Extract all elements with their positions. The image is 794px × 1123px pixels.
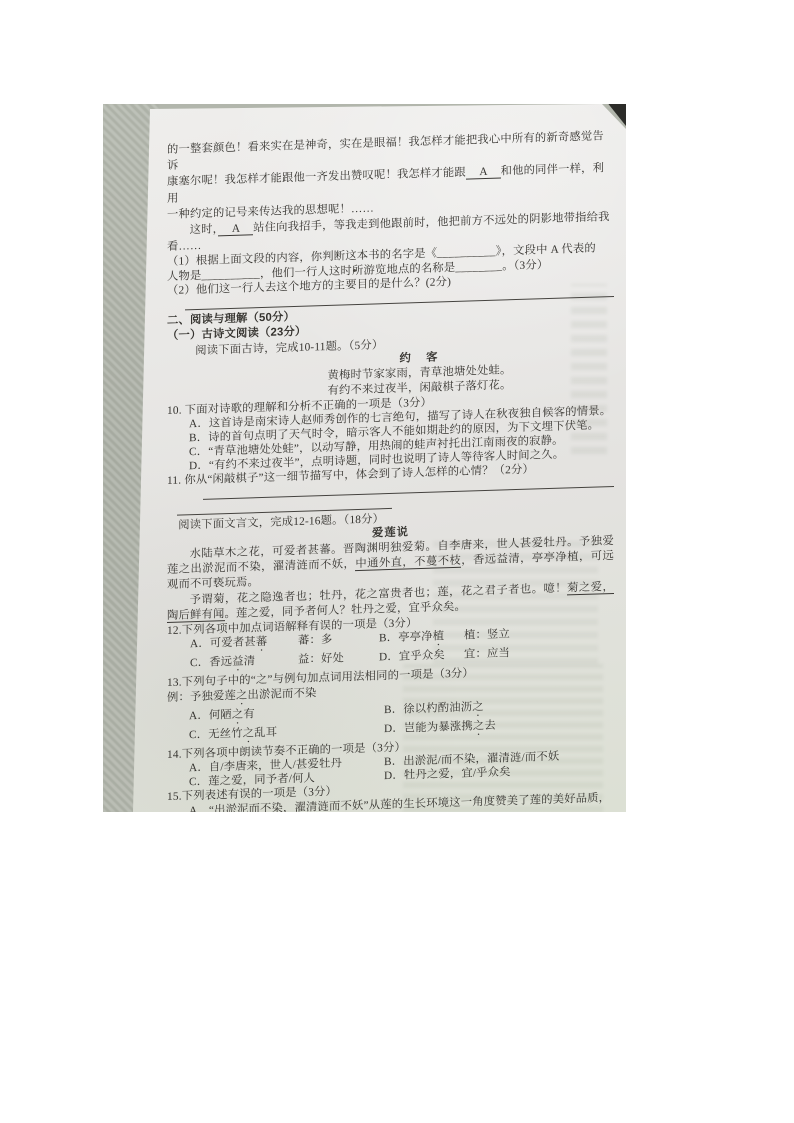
dotted-char: 植: [433, 631, 445, 643]
option-text: 有: [243, 708, 255, 720]
paper-sheet: 的一整套颜色！看来实在是神奇，实在是眼福！我怎样才能把我心中所有的新奇感觉告诉 …: [103, 104, 626, 812]
excerpt-text: 看……: [167, 240, 202, 253]
dotted-char: 之: [243, 727, 255, 739]
fill-blank-A: A: [218, 222, 253, 236]
exam-paper-photo: 的一整套颜色！看来实在是神奇，实在是眼福！我怎样才能把我心中所有的新奇感觉告诉 …: [103, 104, 626, 812]
underlined-phrase: 中通外直，不蔓不枝: [355, 555, 461, 571]
example-text: 出淤泥而不染: [247, 687, 316, 701]
excerpt-text: 这时，: [190, 223, 219, 236]
dotted-char: 蕃: [256, 636, 268, 648]
option-c-gloss: 益：好处: [298, 651, 379, 673]
option-text: B．徐以杓酌油沥: [384, 701, 472, 716]
option-text: C．无丝竹: [189, 728, 243, 742]
option-text: C．香远: [190, 656, 232, 669]
option-text: D．宜: [379, 651, 410, 664]
example-text: 例：予独爱莲: [167, 690, 236, 704]
option-text: 清: [244, 656, 256, 668]
dotted-char: 之: [473, 720, 485, 732]
dotted-char: 之: [232, 709, 244, 721]
option-text: D．岂能为暴涨携: [384, 720, 473, 735]
fill-blank-A: A: [466, 166, 501, 180]
option-text: A．何陋: [189, 709, 232, 722]
option-a-gloss: 蕃：多: [298, 632, 379, 654]
option-text: B．亭亭净: [379, 631, 433, 645]
option-text: 乎众矣: [410, 650, 445, 663]
option-text: 去: [484, 720, 496, 732]
page-content: 的一整套颜色！看来实在是神奇，实在是眼福！我怎样才能把我心中所有的新奇感觉告诉 …: [167, 128, 614, 812]
question-13: 13.下列句子中的“之”与例句加点词用法相同的一项是（3分） 例：予独爱莲之出淤…: [167, 662, 614, 748]
dotted-char: 之: [472, 701, 484, 713]
option-text: A．可爱者甚: [190, 637, 256, 651]
novel-excerpt: 的一整套颜色！看来实在是神奇，实在是眼福！我怎样才能把我心中所有的新奇感觉告诉 …: [167, 128, 614, 255]
option-text: 乱耳: [254, 726, 277, 739]
dotted-char: 益: [232, 656, 244, 668]
question-10: 10. 下面对诗歌的理解和分析不正确的一项是（3分） A．这首诗是南宋诗人赵师秀…: [167, 390, 614, 475]
dotted-char: 之: [236, 689, 248, 701]
